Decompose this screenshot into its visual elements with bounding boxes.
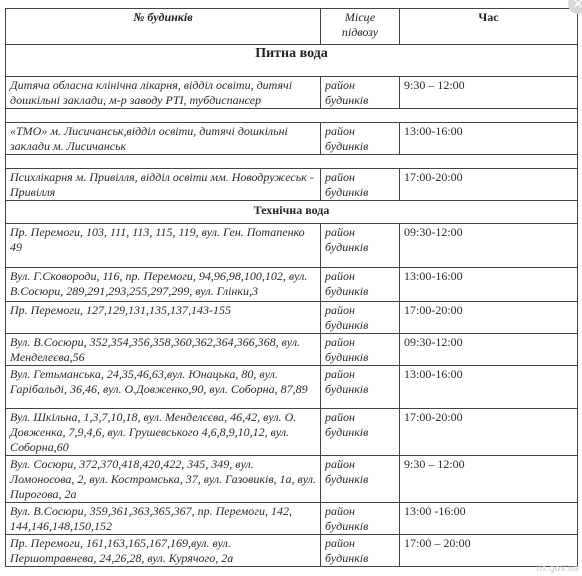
time-cell: 13:00 -16:00 xyxy=(400,503,578,535)
table-row: Пр. Перемоги, 103, 111, 113, 115, 119, в… xyxy=(6,224,578,268)
address-cell: Пр. Перемоги, 161,163,165,167,169,вул. в… xyxy=(6,535,321,567)
table-header-row: № будинків Місце підвозу Час xyxy=(6,9,578,45)
table-row: Вул. В.Сосюри, 352,354,356,358,360,362,3… xyxy=(6,334,578,366)
table-row: Вул. Сосюри, 372,370,418,420,422, 345, 3… xyxy=(6,456,578,503)
header-addresses: № будинків xyxy=(6,9,321,45)
watermark: lis.gov.ua xyxy=(537,564,579,574)
address-cell: Вул. Г.Сковороди, 116, пр. Перемоги, 94,… xyxy=(6,268,321,302)
place-cell: район будинків xyxy=(321,535,400,567)
table-row: Вул. В.Сосюри, 359,361,363,365,367, пр. … xyxy=(6,503,578,535)
place-cell: район будинків xyxy=(321,169,400,201)
table-row: Дитяча обласна клінічна лікарня, відділ … xyxy=(6,77,578,109)
place-cell: район будинків xyxy=(321,334,400,366)
address-cell: Вул. Сосюри, 372,370,418,420,422, 345, 3… xyxy=(6,456,321,503)
place-cell: район будинків xyxy=(321,503,400,535)
table-row: «ТМО» м. Лисичанськ,відділ освіти, дитяч… xyxy=(6,123,578,155)
table-row: Пр. Перемоги, 127,129,131,135,137,143-15… xyxy=(6,302,578,334)
time-cell: 17:00-20:00 xyxy=(400,302,578,334)
place-cell: район будинків xyxy=(321,224,400,268)
table-row: Вул. Г.Сковороди, 116, пр. Перемоги, 94,… xyxy=(6,268,578,302)
header-place: Місце підвозу xyxy=(321,9,400,45)
address-cell: Пр. Перемоги, 103, 111, 113, 115, 119, в… xyxy=(6,224,321,268)
table-row: Вул. Гетьманська, 24,35,46,63,вул. Юнаць… xyxy=(6,366,578,409)
time-cell: 17:00-20:00 xyxy=(400,409,578,456)
time-cell: 17:00 – 20:00 xyxy=(400,535,578,567)
spacer-row xyxy=(6,109,578,123)
time-cell: 13:00-16:00 xyxy=(400,268,578,302)
spacer-row xyxy=(6,155,578,169)
section-row-technical: Технічна вода xyxy=(6,201,578,224)
address-cell: Вул. В.Сосюри, 359,361,363,365,367, пр. … xyxy=(6,503,321,535)
header-time: Час xyxy=(400,9,578,45)
address-cell: Дитяча обласна клінічна лікарня, відділ … xyxy=(6,77,321,109)
place-cell: район будинків xyxy=(321,409,400,456)
table-row: Вул. Шкільна, 1,3,7,10,18, вул. Менделєє… xyxy=(6,409,578,456)
place-cell: район будинків xyxy=(321,268,400,302)
address-cell: Вул. Шкільна, 1,3,7,10,18, вул. Менделєє… xyxy=(6,409,321,456)
address-cell: Пр. Перемоги, 127,129,131,135,137,143-15… xyxy=(6,302,321,334)
table-row: Психлікарня м. Привілля, відділ освіти м… xyxy=(6,169,578,201)
place-cell: район будинків xyxy=(321,456,400,503)
time-cell: 09:30-12:00 xyxy=(400,334,578,366)
place-cell: район будинків xyxy=(321,77,400,109)
time-cell: 13:00-16:00 xyxy=(400,366,578,409)
section-row-drinking: Питна вода xyxy=(6,45,578,77)
section-title: Питна вода xyxy=(6,45,578,77)
time-cell: 17:00-20:00 xyxy=(400,169,578,201)
time-cell: 09:30-12:00 xyxy=(400,224,578,268)
table-body: Питна водаДитяча обласна клінічна лікарн… xyxy=(6,45,578,567)
table-row: Пр. Перемоги, 161,163,165,167,169,вул. в… xyxy=(6,535,578,567)
address-cell: Вул. Гетьманська, 24,35,46,63,вул. Юнаць… xyxy=(6,366,321,409)
place-cell: район будинків xyxy=(321,302,400,334)
address-cell: Психлікарня м. Привілля, відділ освіти м… xyxy=(6,169,321,201)
section-title: Технічна вода xyxy=(6,201,578,224)
address-cell: «ТМО» м. Лисичанськ,відділ освіти, дитяч… xyxy=(6,123,321,155)
time-cell: 9:30 – 12:00 xyxy=(400,77,578,109)
water-schedule-table: № будинків Місце підвозу Час Питна водаД… xyxy=(5,8,578,567)
time-cell: 13:00-16:00 xyxy=(400,123,578,155)
place-cell: район будинків xyxy=(321,366,400,409)
place-cell: район будинків xyxy=(321,123,400,155)
time-cell: 9:30 – 12:00 xyxy=(400,456,578,503)
address-cell: Вул. В.Сосюри, 352,354,356,358,360,362,3… xyxy=(6,334,321,366)
